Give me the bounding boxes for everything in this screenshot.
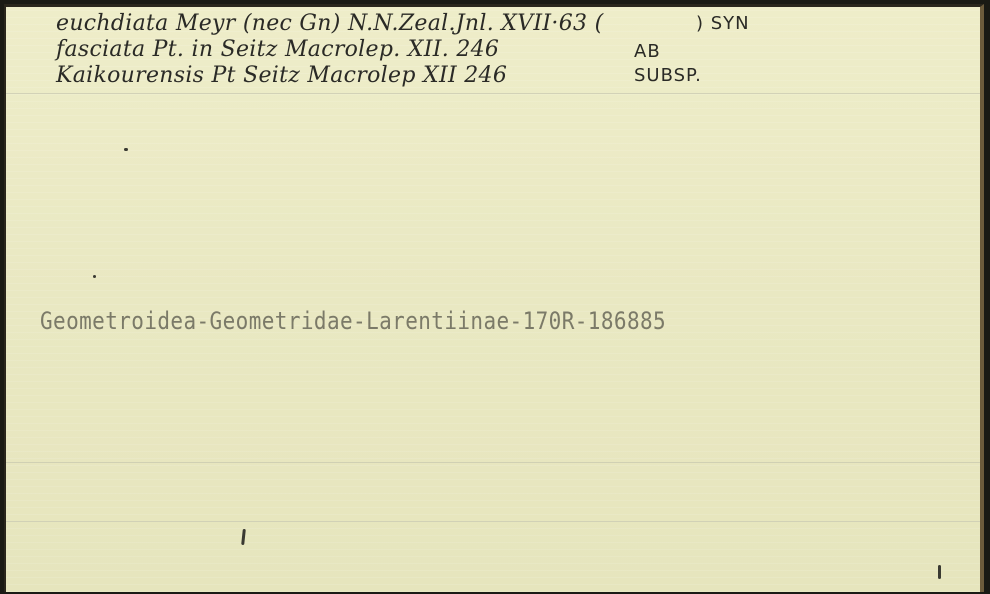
index-card: euchdiata Meyr (nec Gn) N.N.Zeal.Jnl. XV…	[4, 4, 984, 592]
syn-annotation: ) SYN	[696, 13, 750, 34]
handwritten-line-3: Kaikourensis Pt Seitz Macrolep XII 246	[56, 63, 507, 88]
ink-speck	[124, 148, 128, 151]
ruled-line	[6, 462, 980, 463]
pencil-mark	[241, 529, 246, 545]
ab-annotation: AB	[634, 41, 661, 62]
ink-speck	[93, 275, 96, 278]
handwritten-line-1: euchdiata Meyr (nec Gn) N.N.Zeal.Jnl. XV…	[56, 11, 603, 36]
ruled-line	[6, 521, 980, 522]
typed-classification-label: Geometroidea-Geometridae-Larentiinae-170…	[40, 307, 666, 335]
pencil-mark	[938, 565, 941, 579]
subsp-annotation: SUBSP.	[634, 65, 702, 86]
handwritten-line-2: fasciata Pt. in Seitz Macrolep. XII. 246	[56, 37, 499, 62]
ruled-line	[6, 93, 980, 94]
